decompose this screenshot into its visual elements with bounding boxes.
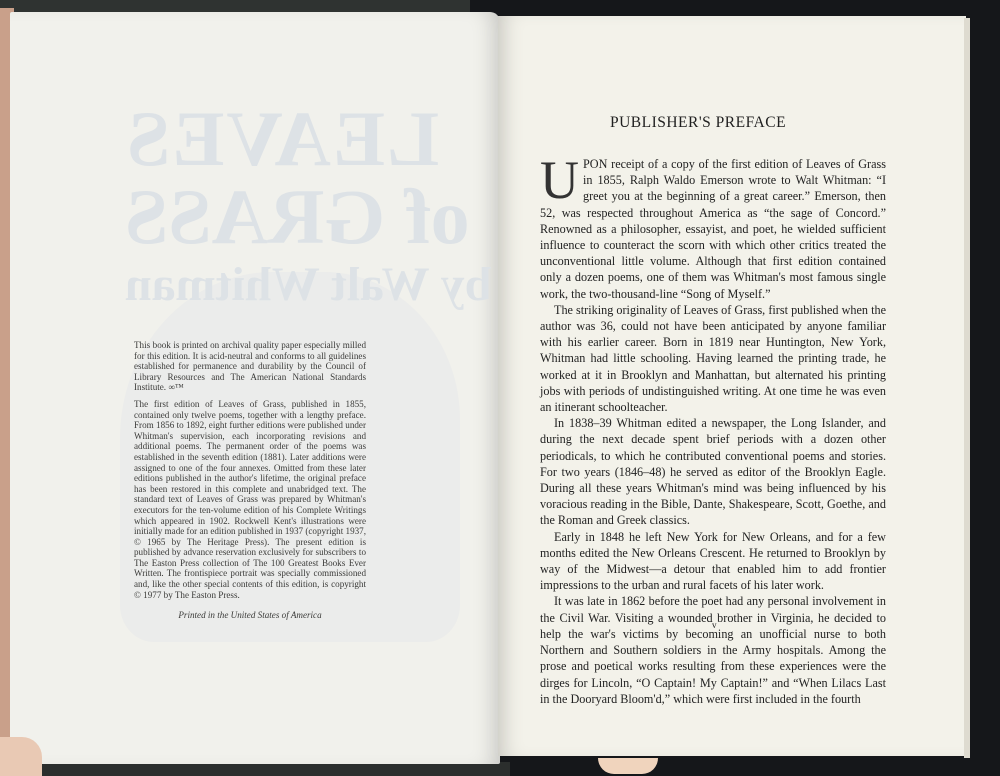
ribbon-bookmark bbox=[598, 758, 658, 774]
book-cover-top bbox=[0, 0, 470, 12]
preface-paragraph: The striking originality of Leaves of Gr… bbox=[540, 302, 886, 415]
page-edge bbox=[964, 18, 970, 758]
show-through-title-line: by Walt Whitman bbox=[125, 257, 491, 312]
drop-cap: U bbox=[540, 158, 579, 202]
page-title: PUBLISHER'S PREFACE bbox=[598, 114, 798, 132]
colophon: This book is printed on archival quality… bbox=[134, 340, 366, 627]
printed-in-line: Printed in the United States of America bbox=[134, 610, 366, 621]
show-through-title-line: LEAVES bbox=[125, 94, 439, 184]
book-cover-bottom bbox=[20, 762, 510, 776]
preface-paragraph: Early in 1848 he left New York for New O… bbox=[540, 529, 886, 594]
finger bbox=[0, 737, 42, 776]
preface-paragraph: In 1838–39 Whitman edited a newspaper, t… bbox=[540, 415, 886, 528]
colophon-paragraph: This book is printed on archival quality… bbox=[134, 340, 366, 393]
preface-paragraph: It was late in 1862 before the poet had … bbox=[540, 593, 886, 706]
show-through-title-line: of GRASS bbox=[125, 172, 470, 262]
page-number: v bbox=[712, 620, 717, 630]
colophon-paragraph: The first edition of Leaves of Grass, pu… bbox=[134, 399, 366, 600]
preface-paragraph: UPON receipt of a copy of the first edit… bbox=[540, 156, 886, 302]
